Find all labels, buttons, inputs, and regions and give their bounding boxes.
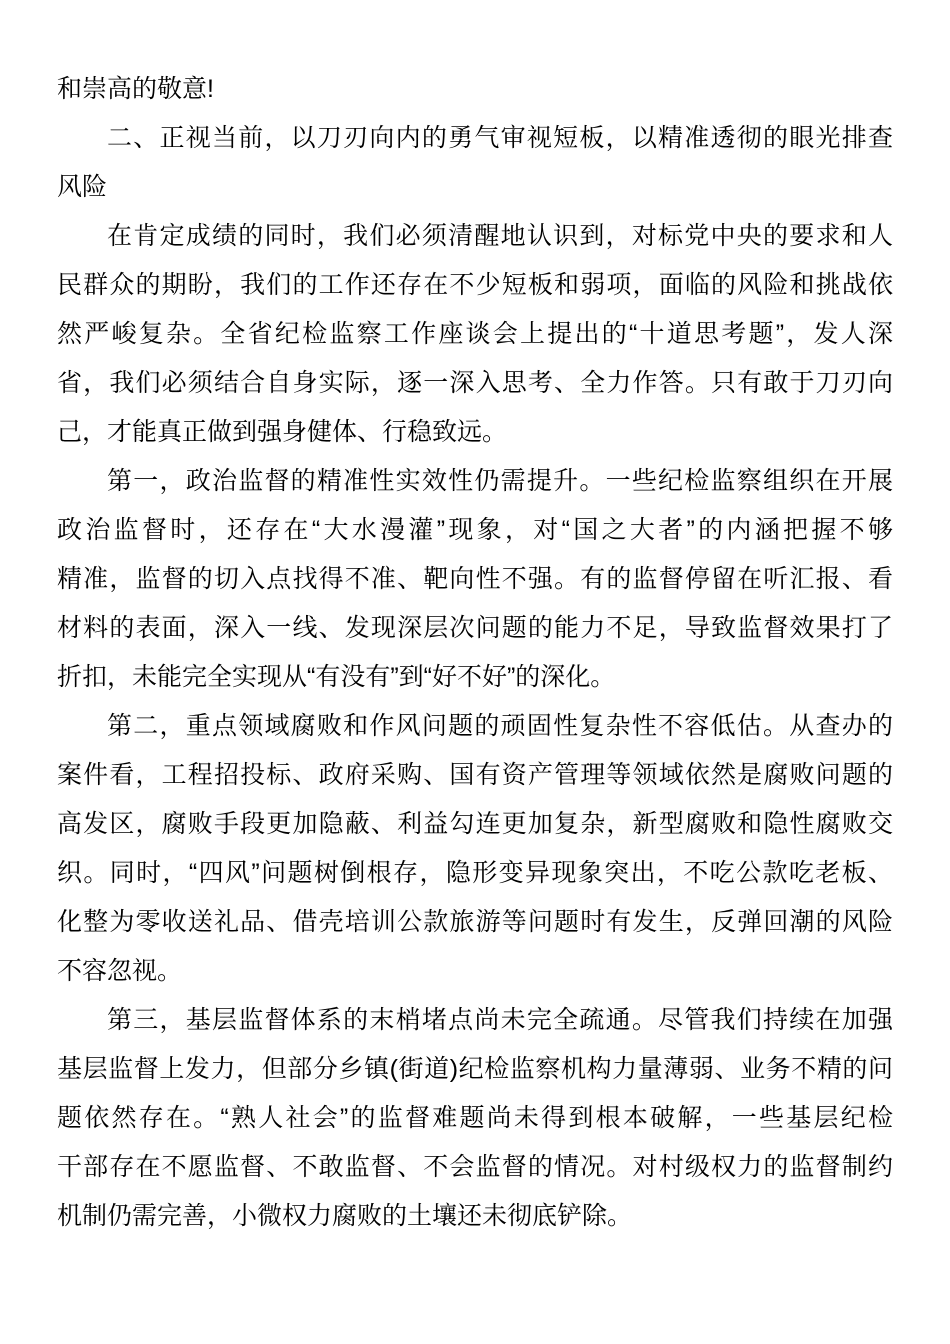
text-line: 风险 <box>57 163 893 212</box>
text-line: 第二，重点领域腐败和作风问题的顽固性复杂性不容低估。从查办的 <box>57 702 893 751</box>
text-line: 省，我们必须结合自身实际，逐一深入思考、全力作答。只有敢于刀刃向 <box>57 359 893 408</box>
document-page: 和崇高的敬意!二、正视当前，以刀刃向内的勇气审视短板，以精准透彻的眼光排查风险在… <box>0 0 950 1344</box>
paragraph-body: 在肯定成绩的同时，我们必须清醒地认识到，对标党中央的要求和人民群众的期盼，我们的… <box>57 212 893 457</box>
text-line: 题依然存在。“熟人社会”的监督难题尚未得到根本破解，一些基层纪检 <box>57 1094 893 1143</box>
paragraph-heading: 二、正视当前，以刀刃向内的勇气审视短板，以精准透彻的眼光排查风险 <box>57 114 893 212</box>
text-line: 精准，监督的切入点找得不准、靶向性不强。有的监督停留在听汇报、看 <box>57 555 893 604</box>
text-line: 不容忽视。 <box>57 947 893 996</box>
text-line: 政治监督时，还存在“大水漫灌”现象，对“国之大者”的内涵把握不够 <box>57 506 893 555</box>
paragraph-continuation: 和崇高的敬意! <box>57 65 893 114</box>
text-line: 干部存在不愿监督、不敢监督、不会监督的情况。对村级权力的监督制约 <box>57 1143 893 1192</box>
text-line: 化整为零收送礼品、借壳培训公款旅游等问题时有发生，反弹回潮的风险 <box>57 898 893 947</box>
paragraph-body: 第一，政治监督的精准性实效性仍需提升。一些纪检监察组织在开展政治监督时，还存在“… <box>57 457 893 702</box>
paragraph-body: 第三，基层监督体系的末梢堵点尚未完全疏通。尽管我们持续在加强基层监督上发力，但部… <box>57 996 893 1241</box>
text-line: 在肯定成绩的同时，我们必须清醒地认识到，对标党中央的要求和人 <box>57 212 893 261</box>
text-line: 和崇高的敬意! <box>57 65 893 114</box>
text-line: 案件看，工程招投标、政府采购、国有资产管理等领域依然是腐败问题的 <box>57 751 893 800</box>
text-line: 织。同时，“四风”问题树倒根存，隐形变异现象突出，不吃公款吃老板、 <box>57 849 893 898</box>
text-line: 材料的表面，深入一线、发现深层次问题的能力不足，导致监督效果打了 <box>57 604 893 653</box>
text-line: 折扣，未能完全实现从“有没有”到“好不好”的深化。 <box>57 653 893 702</box>
text-line: 二、正视当前，以刀刃向内的勇气审视短板，以精准透彻的眼光排查 <box>57 114 893 163</box>
text-line: 然严峻复杂。全省纪检监察工作座谈会上提出的“十道思考题”，发人深 <box>57 310 893 359</box>
text-line: 机制仍需完善，小微权力腐败的土壤还未彻底铲除。 <box>57 1192 893 1241</box>
paragraph-body: 第二，重点领域腐败和作风问题的顽固性复杂性不容低估。从查办的案件看，工程招投标、… <box>57 702 893 996</box>
text-line: 高发区，腐败手段更加隐蔽、利益勾连更加复杂，新型腐败和隐性腐败交 <box>57 800 893 849</box>
text-line: 己，才能真正做到强身健体、行稳致远。 <box>57 408 893 457</box>
document-content: 和崇高的敬意!二、正视当前，以刀刃向内的勇气审视短板，以精准透彻的眼光排查风险在… <box>57 65 893 1241</box>
text-line: 民群众的期盼，我们的工作还存在不少短板和弱项，面临的风险和挑战依 <box>57 261 893 310</box>
text-line: 第一，政治监督的精准性实效性仍需提升。一些纪检监察组织在开展 <box>57 457 893 506</box>
text-line: 基层监督上发力，但部分乡镇(街道)纪检监察机构力量薄弱、业务不精的问 <box>57 1045 893 1094</box>
text-line: 第三，基层监督体系的末梢堵点尚未完全疏通。尽管我们持续在加强 <box>57 996 893 1045</box>
